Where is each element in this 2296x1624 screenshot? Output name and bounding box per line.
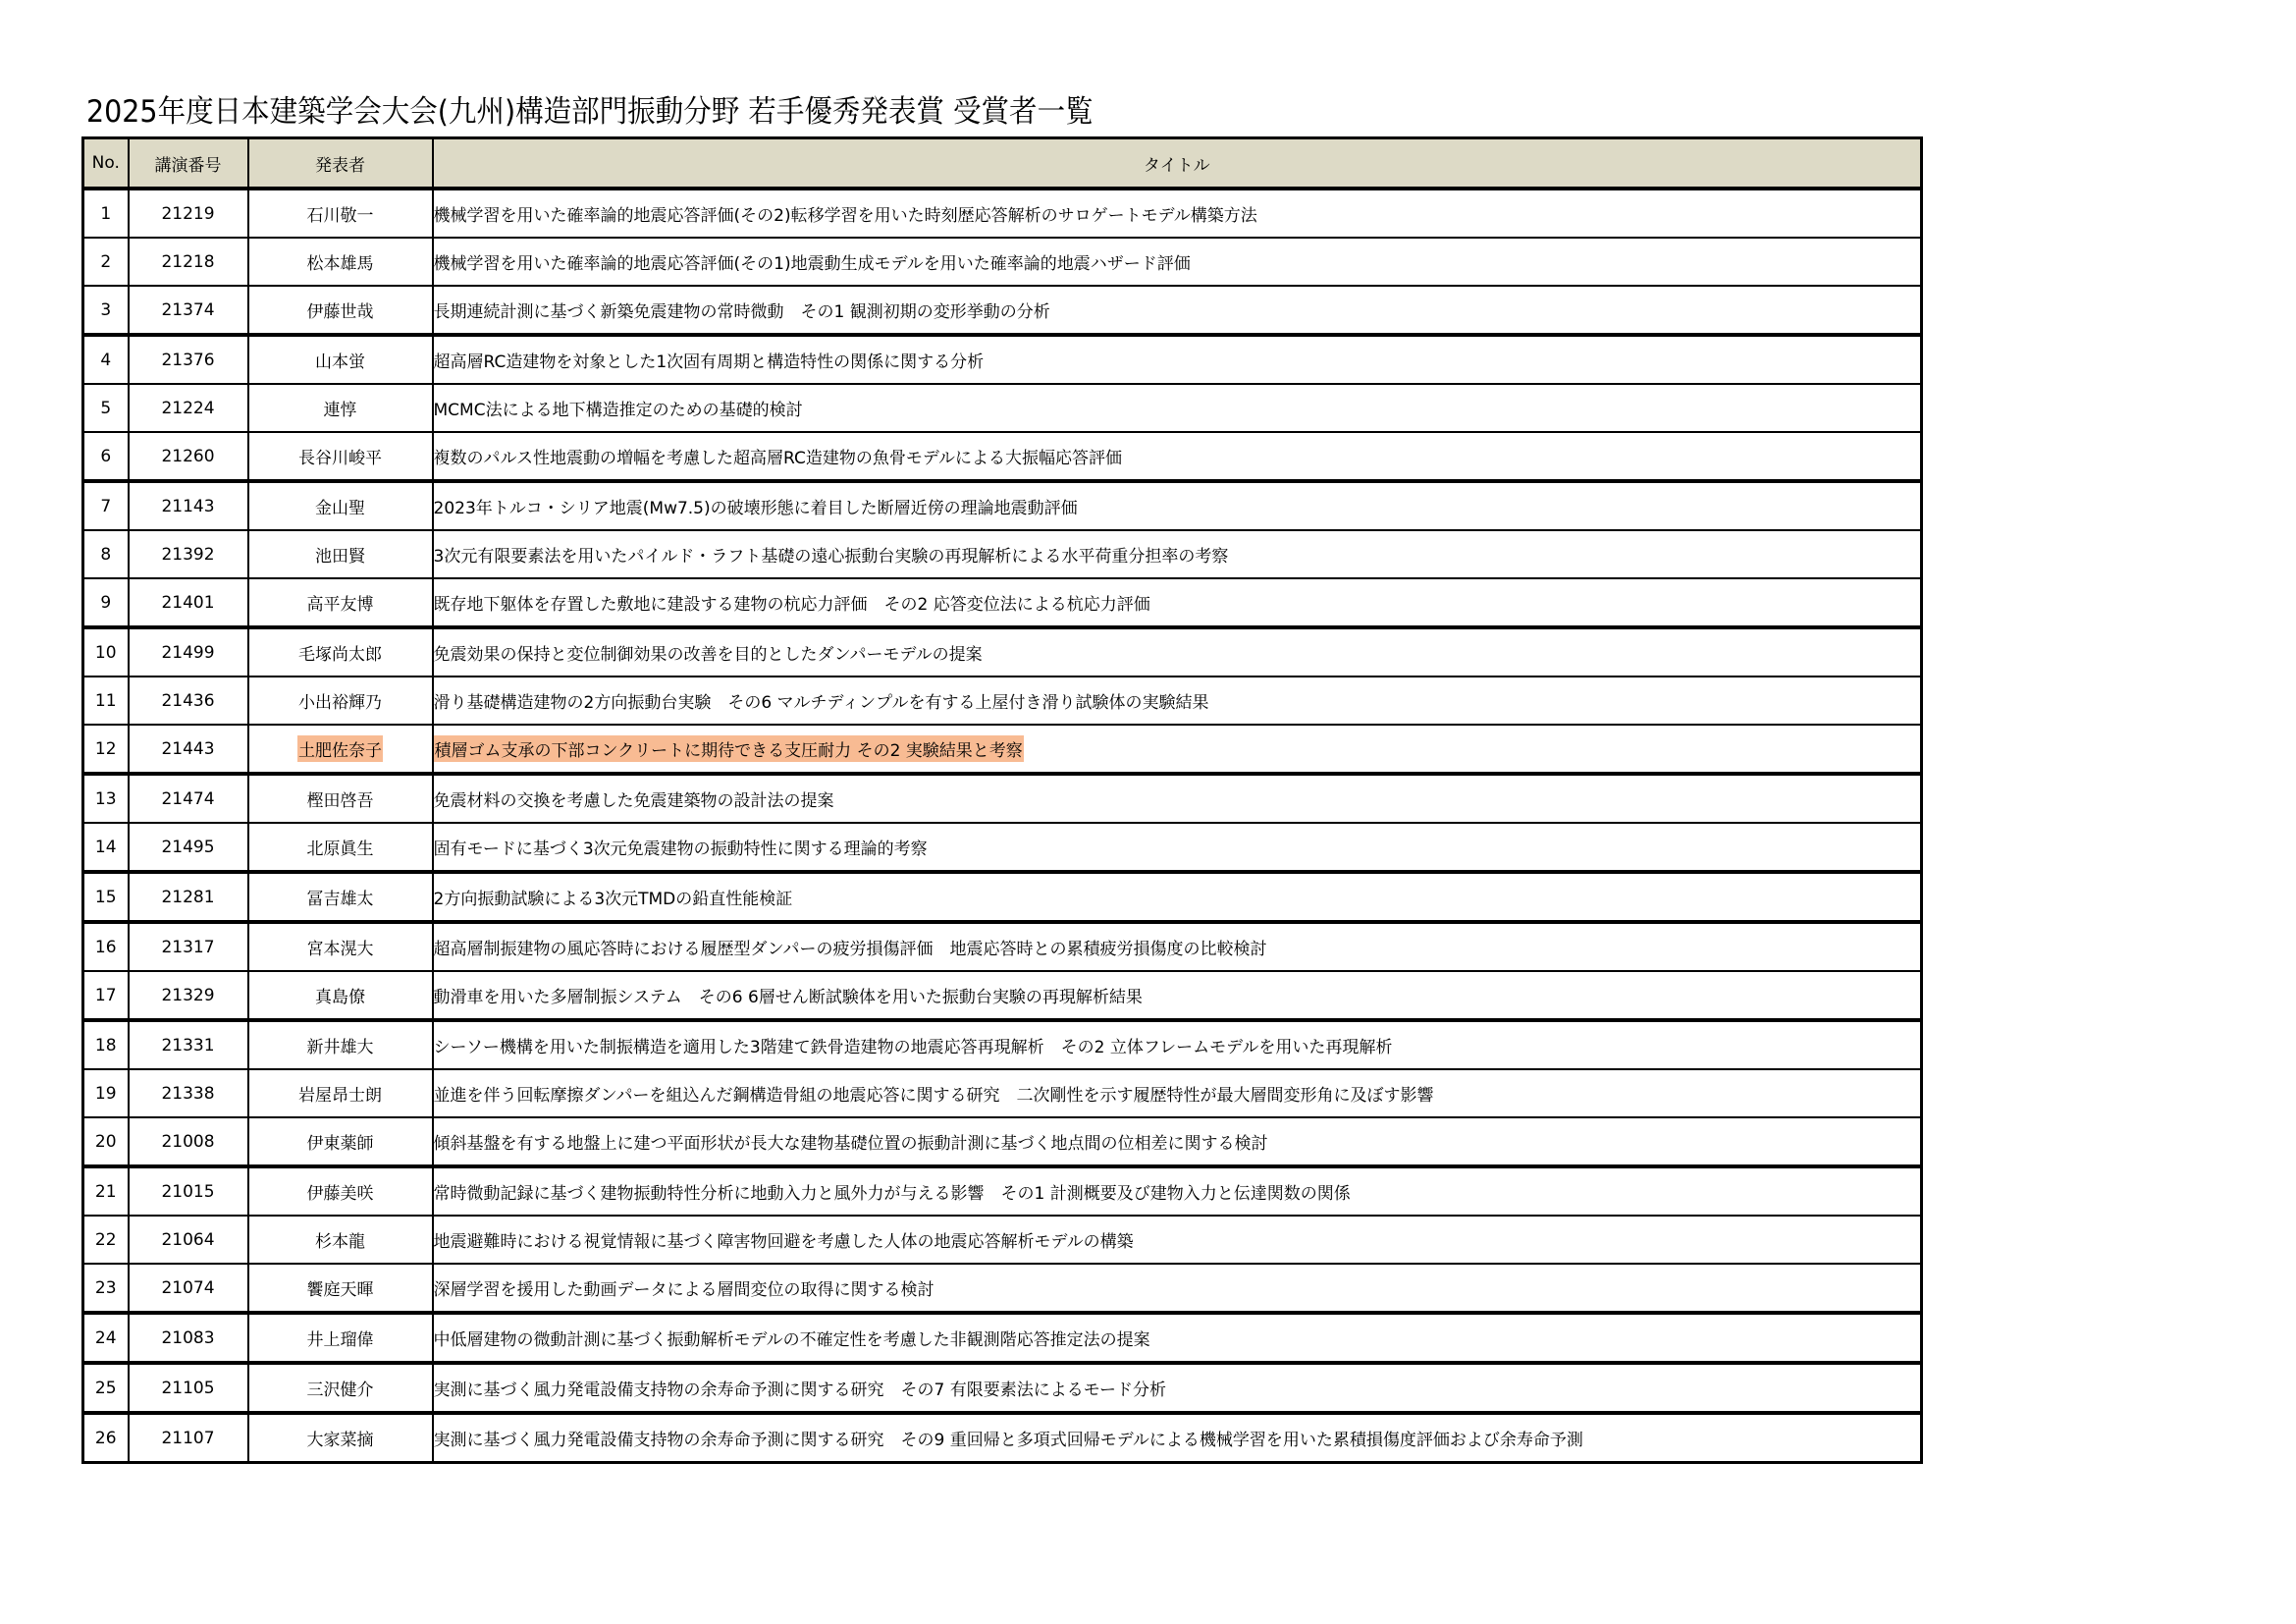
row-title-text: 並進を伴う回転摩擦ダンパーを組込んだ鋼構造骨組の地震応答に関する研究 二次剛性を… — [434, 1081, 1434, 1106]
row-no: 7 — [83, 481, 129, 530]
row-presenter: 高平友博 — [248, 578, 433, 627]
row-presenter: 土肥佐奈子 — [248, 725, 433, 774]
table-row: 1921338岩屋昂士朗並進を伴う回転摩擦ダンパーを組込んだ鋼構造骨組の地震応答… — [83, 1069, 1922, 1117]
row-title: 2方向振動試験による3次元TMDの鉛直性能検証 — [433, 872, 1922, 922]
row-no: 12 — [83, 725, 129, 774]
row-title: 中低層建物の微動計測に基づく振動解析モデルの不確定性を考慮した非観測階応答推定法… — [433, 1313, 1922, 1363]
row-presenter-text: 毛塚尚太郎 — [298, 640, 382, 665]
row-lecture-number-text: 21008 — [161, 1132, 214, 1152]
row-lecture-number-text: 21329 — [161, 986, 214, 1005]
row-lecture-number: 21317 — [129, 922, 248, 971]
row-title-text: 実測に基づく風力発電設備支持物の余寿命予測に関する研究 その9 重回帰と多項式回… — [434, 1426, 1583, 1450]
row-title: 固有モードに基づく3次元免震建物の振動特性に関する理論的考察 — [433, 823, 1922, 872]
row-title: 積層ゴム支承の下部コンクリートに期待できる支圧耐力 その2 実験結果と考察 — [433, 725, 1922, 774]
row-lecture-number-text: 21317 — [161, 938, 214, 957]
table-row: 821392池田賢3次元有限要素法を用いたパイルド・ラフト基礎の遠心振動台実験の… — [83, 530, 1922, 578]
row-no: 2 — [83, 238, 129, 286]
row-lecture-number: 21436 — [129, 677, 248, 725]
row-title-text: 地震避難時における視覚情報に基づく障害物回避を考慮した人体の地震応答解析モデルの… — [434, 1227, 1134, 1252]
row-presenter: 真島僚 — [248, 971, 433, 1020]
row-no-text: 3 — [100, 300, 111, 320]
row-no-text: 8 — [100, 545, 111, 565]
table-row: 321374伊藤世哉長期連続計測に基づく新築免震建物の常時微動 その1 観測初期… — [83, 286, 1922, 335]
table-row: 2321074饗庭天暉深層学習を援用した動画データによる層間変位の取得に関する検… — [83, 1264, 1922, 1313]
row-title: 既存地下躯体を存置した敷地に建設する建物の杭応力評価 その2 応答変位法による杭… — [433, 578, 1922, 627]
row-presenter-text: 井上瑠偉 — [307, 1326, 374, 1350]
row-title-text: 免震材料の交換を考慮した免震建築物の設計法の提案 — [434, 786, 834, 811]
row-lecture-number-text: 21260 — [161, 447, 214, 466]
row-no-text: 13 — [95, 789, 117, 809]
row-title-text: 積層ゴム支承の下部コンクリートに期待できる支圧耐力 その2 実験結果と考察 — [434, 735, 1024, 762]
table-row: 2221064杉本龍地震避難時における視覚情報に基づく障害物回避を考慮した人体の… — [83, 1216, 1922, 1264]
row-title-text: 超高層RC造建物を対象とした1次固有周期と構造特性の関係に関する分析 — [434, 348, 985, 372]
table-row: 1221443土肥佐奈子積層ゴム支承の下部コンクリートに期待できる支圧耐力 その… — [83, 725, 1922, 774]
row-title-text: 複数のパルス性地震動の増幅を考慮した超高層RC造建物の魚骨モデルによる大振幅応答… — [434, 444, 1122, 468]
row-no: 20 — [83, 1117, 129, 1166]
row-presenter-text: 伊藤美咲 — [307, 1179, 374, 1204]
row-presenter-text: 石川敬一 — [307, 201, 374, 226]
row-title-text: 3次元有限要素法を用いたパイルド・ラフト基礎の遠心振動台実験の再現解析による水平… — [434, 542, 1229, 567]
row-title-text: 中低層建物の微動計測に基づく振動解析モデルの不確定性を考慮した非観測階応答推定法… — [434, 1326, 1150, 1350]
row-presenter: 宮本滉大 — [248, 922, 433, 971]
row-no: 8 — [83, 530, 129, 578]
row-title: 傾斜基盤を有する地盤上に建つ平面形状が長大な建物基礎位置の振動計測に基づく地点間… — [433, 1117, 1922, 1166]
row-lecture-number-text: 21218 — [161, 252, 214, 272]
row-no: 16 — [83, 922, 129, 971]
row-lecture-number-text: 21107 — [161, 1429, 214, 1448]
row-title: 実測に基づく風力発電設備支持物の余寿命予測に関する研究 その7 有限要素法による… — [433, 1363, 1922, 1413]
row-title: 地震避難時における視覚情報に基づく障害物回避を考慮した人体の地震応答解析モデルの… — [433, 1216, 1922, 1264]
row-presenter-text: 饗庭天暉 — [307, 1275, 374, 1300]
row-presenter-text: 山本蛍 — [315, 348, 365, 372]
row-no-text: 24 — [95, 1328, 117, 1348]
row-title: 免震効果の保持と変位制御効果の改善を目的としたダンパーモデルの提案 — [433, 627, 1922, 677]
row-presenter: 長谷川峻平 — [248, 432, 433, 481]
table-body: 121219石川敬一機械学習を用いた確率論的地震応答評価(その2)転移学習を用い… — [83, 189, 1922, 1463]
row-presenter: 伊藤美咲 — [248, 1166, 433, 1216]
row-lecture-number-text: 21083 — [161, 1328, 214, 1348]
header-lecture-number: 講演番号 — [129, 138, 248, 189]
row-lecture-number: 21495 — [129, 823, 248, 872]
row-presenter-text: 樫田啓吾 — [307, 786, 374, 811]
page-title: 2025年度日本建築学会大会(九州)構造部門振動分野 若手優秀発表賞 受賞者一覧 — [86, 86, 1094, 131]
table-row: 221218松本雄馬機械学習を用いた確率論的地震応答評価(その1)地震動生成モデ… — [83, 238, 1922, 286]
row-title: 3次元有限要素法を用いたパイルド・ラフト基礎の遠心振動台実験の再現解析による水平… — [433, 530, 1922, 578]
table-row: 621260長谷川峻平複数のパルス性地震動の増幅を考慮した超高層RC造建物の魚骨… — [83, 432, 1922, 481]
row-presenter: 冨吉雄太 — [248, 872, 433, 922]
row-title: シーソー機構を用いた制振構造を適用した3階建て鉄骨造建物の地震応答再現解析 その… — [433, 1020, 1922, 1069]
row-lecture-number-text: 21331 — [161, 1036, 214, 1056]
row-no: 26 — [83, 1413, 129, 1463]
row-presenter-text: 大家菜摘 — [307, 1426, 374, 1450]
table-row: 2621107大家菜摘実測に基づく風力発電設備支持物の余寿命予測に関する研究 そ… — [83, 1413, 1922, 1463]
row-lecture-number: 21443 — [129, 725, 248, 774]
row-lecture-number: 21083 — [129, 1313, 248, 1363]
row-no-text: 4 — [100, 351, 111, 370]
row-no: 3 — [83, 286, 129, 335]
row-no-text: 5 — [100, 399, 111, 418]
row-presenter-text: 岩屋昂士朗 — [298, 1081, 382, 1106]
row-lecture-number: 21064 — [129, 1216, 248, 1264]
row-title: 長期連続計測に基づく新築免震建物の常時微動 その1 観測初期の変形挙動の分析 — [433, 286, 1922, 335]
row-presenter: 杉本龍 — [248, 1216, 433, 1264]
row-lecture-number: 21338 — [129, 1069, 248, 1117]
row-no-text: 1 — [100, 204, 111, 224]
row-lecture-number-text: 21392 — [161, 545, 214, 565]
row-lecture-number-text: 21499 — [161, 643, 214, 663]
row-no: 9 — [83, 578, 129, 627]
row-presenter-text: 松本雄馬 — [307, 249, 374, 274]
table-row: 2021008伊東薬師傾斜基盤を有する地盤上に建つ平面形状が長大な建物基礎位置の… — [83, 1117, 1922, 1166]
row-no-text: 6 — [100, 447, 111, 466]
row-title: 実測に基づく風力発電設備支持物の余寿命予測に関する研究 その9 重回帰と多項式回… — [433, 1413, 1922, 1463]
table-row: 1321474樫田啓吾免震材料の交換を考慮した免震建築物の設計法の提案 — [83, 774, 1922, 823]
row-presenter: 三沢健介 — [248, 1363, 433, 1413]
row-presenter-text: 冨吉雄太 — [307, 885, 374, 909]
row-no: 24 — [83, 1313, 129, 1363]
row-no: 10 — [83, 627, 129, 677]
row-title-text: 既存地下躯体を存置した敷地に建設する建物の杭応力評価 その2 応答変位法による杭… — [434, 590, 1150, 615]
table-row: 2421083井上瑠偉中低層建物の微動計測に基づく振動解析モデルの不確定性を考慮… — [83, 1313, 1922, 1363]
row-title: 並進を伴う回転摩擦ダンパーを組込んだ鋼構造骨組の地震応答に関する研究 二次剛性を… — [433, 1069, 1922, 1117]
row-lecture-number: 21218 — [129, 238, 248, 286]
row-title-text: 滑り基礎構造建物の2方向振動台実験 その6 マルチディンプルを有する上屋付き滑り… — [434, 688, 1209, 713]
row-lecture-number-text: 21064 — [161, 1230, 214, 1250]
row-no: 23 — [83, 1264, 129, 1313]
row-no-text: 25 — [95, 1379, 117, 1398]
row-title-text: MCMC法による地下構造推定のための基礎的検討 — [434, 396, 803, 420]
row-no-text: 7 — [100, 497, 111, 516]
table-row: 521224連惇MCMC法による地下構造推定のための基礎的検討 — [83, 384, 1922, 432]
row-presenter-text: 連惇 — [324, 396, 357, 420]
row-no-text: 11 — [95, 691, 117, 711]
awardees-table: No. 講演番号 発表者 タイトル 121219石川敬一機械学習を用いた確率論的… — [81, 136, 1923, 1464]
row-lecture-number: 21105 — [129, 1363, 248, 1413]
row-presenter-text: 高平友博 — [307, 590, 374, 615]
row-no: 11 — [83, 677, 129, 725]
row-title: 動滑車を用いた多層制振システム その6 6層せん断試験体を用いた振動台実験の再現… — [433, 971, 1922, 1020]
row-title: 機械学習を用いた確率論的地震応答評価(その1)地震動生成モデルを用いた確率論的地… — [433, 238, 1922, 286]
row-lecture-number-text: 21338 — [161, 1084, 214, 1104]
row-title-text: 動滑車を用いた多層制振システム その6 6層せん断試験体を用いた振動台実験の再現… — [434, 983, 1143, 1007]
row-no: 4 — [83, 335, 129, 384]
row-presenter-text: 土肥佐奈子 — [297, 735, 383, 762]
row-presenter-text: 池田賢 — [315, 542, 365, 567]
row-presenter-text: 杉本龍 — [315, 1227, 365, 1252]
row-no-text: 23 — [95, 1278, 117, 1298]
row-no-text: 9 — [100, 593, 111, 613]
row-presenter: 小出裕輝乃 — [248, 677, 433, 725]
row-presenter: 山本蛍 — [248, 335, 433, 384]
row-presenter: 石川敬一 — [248, 189, 433, 238]
row-presenter-text: 伊東薬師 — [307, 1129, 374, 1154]
row-no: 1 — [83, 189, 129, 238]
header-no: No. — [83, 138, 129, 189]
row-title-text: 長期連続計測に基づく新築免震建物の常時微動 その1 観測初期の変形挙動の分析 — [434, 298, 1050, 322]
row-lecture-number: 21331 — [129, 1020, 248, 1069]
row-no: 18 — [83, 1020, 129, 1069]
row-title: 超高層制振建物の風応答時における履歴型ダンパーの疲労損傷評価 地震応答時との累積… — [433, 922, 1922, 971]
row-title: 滑り基礎構造建物の2方向振動台実験 その6 マルチディンプルを有する上屋付き滑り… — [433, 677, 1922, 725]
table-row: 1821331新井雄大シーソー機構を用いた制振構造を適用した3階建て鉄骨造建物の… — [83, 1020, 1922, 1069]
row-no: 14 — [83, 823, 129, 872]
row-title-text: 2方向振動試験による3次元TMDの鉛直性能検証 — [434, 885, 793, 909]
row-lecture-number-text: 21281 — [161, 888, 214, 907]
row-lecture-number: 21107 — [129, 1413, 248, 1463]
row-no-text: 18 — [95, 1036, 117, 1056]
row-no: 19 — [83, 1069, 129, 1117]
row-lecture-number: 21474 — [129, 774, 248, 823]
row-lecture-number-text: 21015 — [161, 1182, 214, 1202]
row-presenter-text: 宮本滉大 — [307, 935, 374, 959]
table-row: 1721329真島僚動滑車を用いた多層制振システム その6 6層せん断試験体を用… — [83, 971, 1922, 1020]
row-lecture-number-text: 21401 — [161, 593, 214, 613]
row-no: 6 — [83, 432, 129, 481]
table-row: 2521105三沢健介実測に基づく風力発電設備支持物の余寿命予測に関する研究 そ… — [83, 1363, 1922, 1413]
row-lecture-number: 21015 — [129, 1166, 248, 1216]
row-title-text: 免震効果の保持と変位制御効果の改善を目的としたダンパーモデルの提案 — [434, 640, 983, 665]
row-title: 免震材料の交換を考慮した免震建築物の設計法の提案 — [433, 774, 1922, 823]
row-lecture-number-text: 21074 — [161, 1278, 214, 1298]
row-title: 2023年トルコ・シリア地震(Mw7.5)の破壊形態に着目した断層近傍の理論地震… — [433, 481, 1922, 530]
row-title-text: 常時微動記録に基づく建物振動特性分析に地動入力と風外力が与える影響 その1 計測… — [434, 1179, 1351, 1204]
row-no-text: 19 — [95, 1084, 117, 1104]
row-lecture-number-text: 21376 — [161, 351, 214, 370]
row-no: 17 — [83, 971, 129, 1020]
row-title-text: 深層学習を援用した動画データによる層間変位の取得に関する検討 — [434, 1275, 934, 1300]
row-title: 複数のパルス性地震動の増幅を考慮した超高層RC造建物の魚骨モデルによる大振幅応答… — [433, 432, 1922, 481]
row-no-text: 26 — [95, 1429, 117, 1448]
row-lecture-number-text: 21443 — [161, 739, 214, 759]
row-lecture-number: 21008 — [129, 1117, 248, 1166]
row-no: 25 — [83, 1363, 129, 1413]
table-row: 2121015伊藤美咲常時微動記録に基づく建物振動特性分析に地動入力と風外力が与… — [83, 1166, 1922, 1216]
row-presenter: 伊藤世哉 — [248, 286, 433, 335]
row-presenter: 金山聖 — [248, 481, 433, 530]
table-row: 921401高平友博既存地下躯体を存置した敷地に建設する建物の杭応力評価 その2… — [83, 578, 1922, 627]
row-lecture-number-text: 21224 — [161, 399, 214, 418]
table-row: 1021499毛塚尚太郎免震効果の保持と変位制御効果の改善を目的としたダンパーモ… — [83, 627, 1922, 677]
table-row: 421376山本蛍超高層RC造建物を対象とした1次固有周期と構造特性の関係に関す… — [83, 335, 1922, 384]
row-presenter-text: 新井雄大 — [307, 1033, 374, 1057]
row-presenter: 伊東薬師 — [248, 1117, 433, 1166]
table-row: 121219石川敬一機械学習を用いた確率論的地震応答評価(その2)転移学習を用い… — [83, 189, 1922, 238]
row-title-text: 機械学習を用いた確率論的地震応答評価(その1)地震動生成モデルを用いた確率論的地… — [434, 249, 1191, 274]
row-no-text: 20 — [95, 1132, 117, 1152]
row-presenter-text: 金山聖 — [315, 494, 365, 518]
row-presenter: 井上瑠偉 — [248, 1313, 433, 1363]
row-presenter: 池田賢 — [248, 530, 433, 578]
row-lecture-number: 21392 — [129, 530, 248, 578]
header-presenter: 発表者 — [248, 138, 433, 189]
row-presenter: 北原眞生 — [248, 823, 433, 872]
row-no-text: 17 — [95, 986, 117, 1005]
table-header-row: No. 講演番号 発表者 タイトル — [83, 138, 1922, 189]
row-lecture-number: 21499 — [129, 627, 248, 677]
row-no: 5 — [83, 384, 129, 432]
row-presenter-text: 北原眞生 — [307, 835, 374, 859]
row-lecture-number: 21374 — [129, 286, 248, 335]
row-no-text: 15 — [95, 888, 117, 907]
row-title: 機械学習を用いた確率論的地震応答評価(その2)転移学習を用いた時刻歴応答解析のサ… — [433, 189, 1922, 238]
row-no: 21 — [83, 1166, 129, 1216]
row-presenter-text: 真島僚 — [315, 983, 365, 1007]
row-presenter: 饗庭天暉 — [248, 1264, 433, 1313]
row-lecture-number: 21143 — [129, 481, 248, 530]
table-row: 1521281冨吉雄太2方向振動試験による3次元TMDの鉛直性能検証 — [83, 872, 1922, 922]
row-no: 13 — [83, 774, 129, 823]
row-no-text: 22 — [95, 1230, 117, 1250]
row-no-text: 14 — [95, 838, 117, 857]
row-presenter: 樫田啓吾 — [248, 774, 433, 823]
row-no: 22 — [83, 1216, 129, 1264]
header-title: タイトル — [433, 138, 1922, 189]
row-presenter: 毛塚尚太郎 — [248, 627, 433, 677]
row-no-text: 2 — [100, 252, 111, 272]
row-title-text: 実測に基づく風力発電設備支持物の余寿命予測に関する研究 その7 有限要素法による… — [434, 1376, 1167, 1400]
row-title-text: シーソー機構を用いた制振構造を適用した3階建て鉄骨造建物の地震応答再現解析 その… — [434, 1033, 1393, 1057]
row-lecture-number: 21401 — [129, 578, 248, 627]
row-title-text: 固有モードに基づく3次元免震建物の振動特性に関する理論的考察 — [434, 835, 928, 859]
row-title-text: 2023年トルコ・シリア地震(Mw7.5)の破壊形態に着目した断層近傍の理論地震… — [434, 494, 1078, 518]
row-no-text: 10 — [95, 643, 117, 663]
row-lecture-number-text: 21436 — [161, 691, 214, 711]
row-no-text: 16 — [95, 938, 117, 957]
row-presenter: 松本雄馬 — [248, 238, 433, 286]
row-title: 常時微動記録に基づく建物振動特性分析に地動入力と風外力が与える影響 その1 計測… — [433, 1166, 1922, 1216]
row-lecture-number-text: 21143 — [161, 497, 214, 516]
row-title-text: 傾斜基盤を有する地盤上に建つ平面形状が長大な建物基礎位置の振動計測に基づく地点間… — [434, 1129, 1268, 1154]
row-title-text: 超高層制振建物の風応答時における履歴型ダンパーの疲労損傷評価 地震応答時との累積… — [434, 935, 1267, 959]
row-presenter-text: 伊藤世哉 — [307, 298, 374, 322]
row-presenter-text: 小出裕輝乃 — [298, 688, 382, 713]
table-row: 1421495北原眞生固有モードに基づく3次元免震建物の振動特性に関する理論的考… — [83, 823, 1922, 872]
row-title-text: 機械学習を用いた確率論的地震応答評価(その2)転移学習を用いた時刻歴応答解析のサ… — [434, 201, 1257, 226]
row-presenter-text: 三沢健介 — [307, 1376, 374, 1400]
table-row: 721143金山聖2023年トルコ・シリア地震(Mw7.5)の破壊形態に着目した… — [83, 481, 1922, 530]
row-lecture-number: 21376 — [129, 335, 248, 384]
row-title: MCMC法による地下構造推定のための基礎的検討 — [433, 384, 1922, 432]
row-presenter: 連惇 — [248, 384, 433, 432]
row-lecture-number: 21074 — [129, 1264, 248, 1313]
row-title: 深層学習を援用した動画データによる層間変位の取得に関する検討 — [433, 1264, 1922, 1313]
row-lecture-number-text: 21495 — [161, 838, 214, 857]
row-no-text: 12 — [95, 739, 117, 759]
row-no-text: 21 — [95, 1182, 117, 1202]
row-lecture-number-text: 21105 — [161, 1379, 214, 1398]
table-row: 1621317宮本滉大超高層制振建物の風応答時における履歴型ダンパーの疲労損傷評… — [83, 922, 1922, 971]
row-lecture-number: 21329 — [129, 971, 248, 1020]
row-lecture-number: 21224 — [129, 384, 248, 432]
row-lecture-number-text: 21219 — [161, 204, 214, 224]
table-row: 1121436小出裕輝乃滑り基礎構造建物の2方向振動台実験 その6 マルチディン… — [83, 677, 1922, 725]
row-lecture-number-text: 21474 — [161, 789, 214, 809]
row-presenter: 新井雄大 — [248, 1020, 433, 1069]
row-lecture-number-text: 21374 — [161, 300, 214, 320]
row-lecture-number: 21260 — [129, 432, 248, 481]
row-lecture-number: 21219 — [129, 189, 248, 238]
row-lecture-number: 21281 — [129, 872, 248, 922]
row-presenter-text: 長谷川峻平 — [298, 444, 382, 468]
row-title: 超高層RC造建物を対象とした1次固有周期と構造特性の関係に関する分析 — [433, 335, 1922, 384]
row-presenter: 大家菜摘 — [248, 1413, 433, 1463]
row-no: 15 — [83, 872, 129, 922]
row-presenter: 岩屋昂士朗 — [248, 1069, 433, 1117]
